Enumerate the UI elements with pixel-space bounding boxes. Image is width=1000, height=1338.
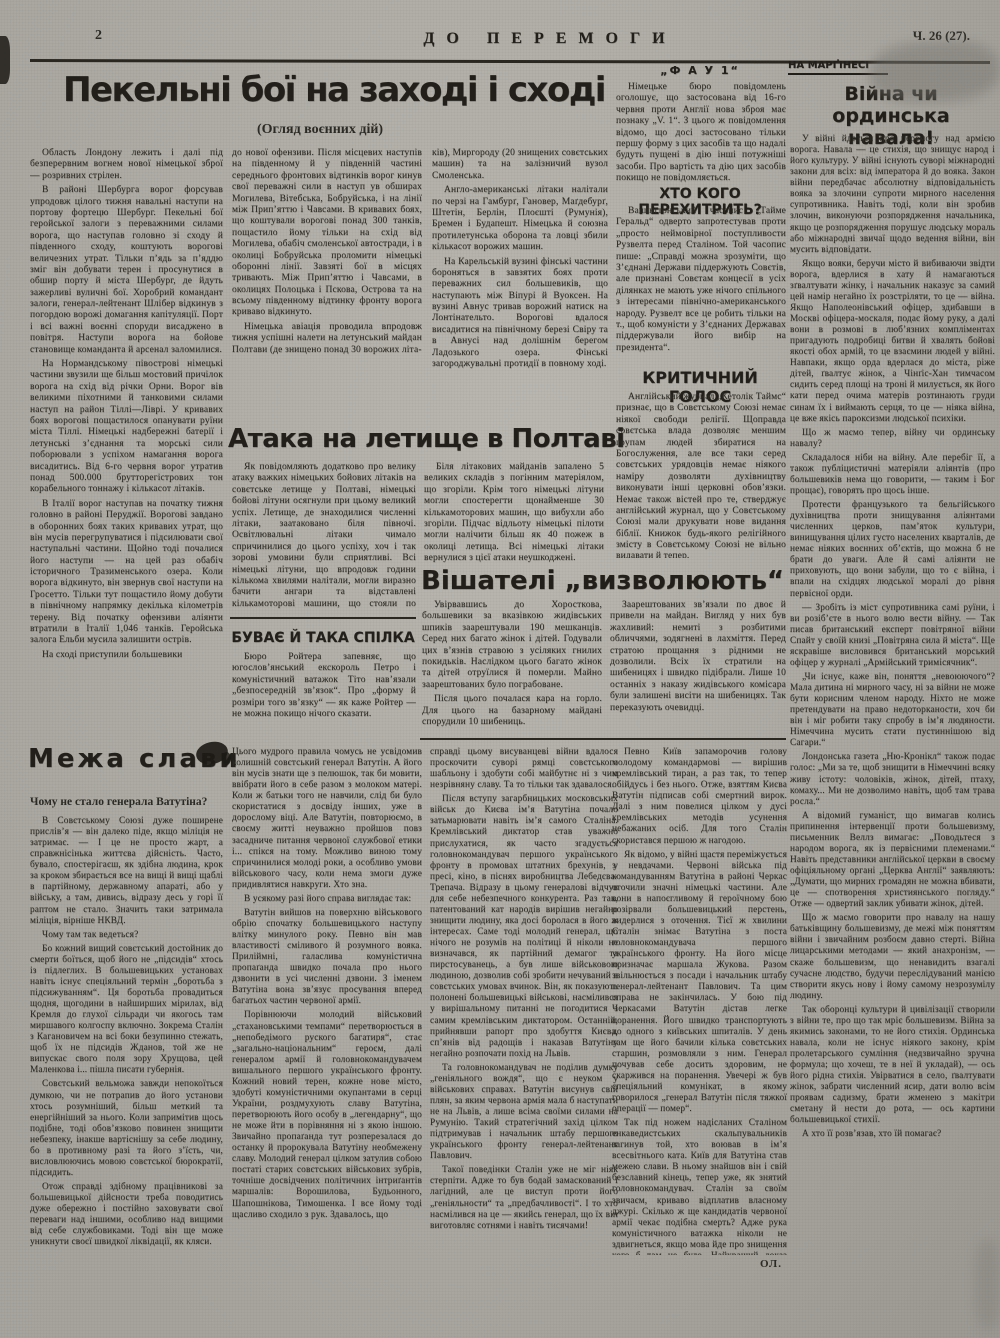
paragraph: На Карельській вузині фінські частини бо…: [432, 257, 608, 371]
masthead: ДО ПЕРЕМОГИ: [330, 30, 770, 48]
paragraph: до нової офензиви. Після місцевих наступ…: [232, 148, 422, 319]
paragraph: справді цьому висуванцеві війни вдалося …: [430, 747, 618, 791]
mezha-column-1: В Совєтському Союзі дуже поширене прислі…: [30, 816, 223, 1334]
fau-section2-text: Англійський журнал „Кетолік Таймс“ призн…: [616, 392, 786, 558]
mezha-title: Межа слави: [28, 744, 224, 774]
paragraph: Після вступу загарбницьких московських в…: [430, 794, 618, 1060]
fau-headline: „Ф А У 1“: [614, 64, 786, 77]
paragraph: Область Лондону лежить і далі під безпер…: [30, 148, 223, 182]
mezha-signature: ОЛ.: [612, 1258, 782, 1270]
fau-section1-text: Вашінґтонський часопис „Тайме Геральд“ о…: [616, 206, 786, 366]
paragraph: Вашінґтонський часопис „Тайме Геральд“ о…: [616, 206, 786, 354]
paragraph: Протести французького та бельгійського д…: [790, 500, 995, 600]
paragraph: Увірвавшись до Хоросткова, большевики за…: [422, 600, 602, 691]
paragraph: Німецька авіація проводила впродовж тижн…: [232, 322, 422, 356]
lead-subhead: (Огляд воєнних дій): [30, 122, 610, 138]
vishateli-bottom-rule: [420, 738, 786, 740]
paragraph: Певно Київ запаморочив голову молодому к…: [612, 747, 787, 847]
paragraph: В районі Шербурга ворог форсував упродов…: [30, 185, 223, 356]
paragraph: Ватутін вийшов на поверхню військового о…: [232, 908, 422, 1008]
vishateli-column-2: Заарештованих зв’язали по двоє й привели…: [610, 600, 786, 736]
lead-column-2: до нової офензиви. Після місцевих наступ…: [232, 148, 422, 418]
paragraph: Чому там так ведеться?: [30, 930, 223, 941]
paragraph: Як повідомляють додатково про велику ата…: [232, 462, 416, 610]
paragraph: Цього мудрого правила чомусь не усвідоми…: [232, 747, 422, 891]
paragraph: Бюро Ройтера запевняє, що югослов’янськи…: [232, 652, 416, 720]
paragraph: ків), Миргороду (20 знищених совєтських …: [432, 148, 608, 182]
paragraph: В Совєтському Союзі дуже поширене прислі…: [30, 816, 223, 927]
paragraph: А хто її розв’язав, хто їй помагає?: [790, 1129, 995, 1140]
paragraph: Так оборонці культури й цивілізації ство…: [790, 1005, 995, 1127]
vishateli-column-1: Увірвавшись до Хоросткова, большевики за…: [422, 600, 602, 736]
paragraph: „Чи існує, каже він, поняття „невоюючого…: [790, 672, 995, 749]
paragraph: В усякому разі його справа виглядає так:: [232, 894, 422, 905]
paragraph: Що ж маємо тепер, війну чи ординську нав…: [790, 428, 995, 450]
mezha-column-2: Цього мудрого правила чомусь не усвідоми…: [232, 747, 422, 1335]
paragraph: Англійський журнал „Кетолік Таймс“ призн…: [616, 392, 786, 558]
paragraph: Англо-американські літаки налітали по че…: [432, 185, 608, 253]
paragraph: Після цього почалася кара на горло. Для …: [422, 694, 602, 728]
paragraph: Бо кожний вищий совєтський достойник до …: [30, 944, 223, 1077]
margin-text: У війні йдеться про перемогу над армією …: [790, 134, 995, 1332]
poltava-headline: Атака на летище в Полтаві: [228, 424, 608, 454]
paragraph: Біля літакових майданів запалено 5 велик…: [424, 462, 604, 565]
fau-text: Німецьке бюро повідомлень оголошує, що з…: [616, 82, 786, 184]
paragraph: На Нормандському півострові німецькі час…: [30, 359, 223, 496]
ink-blot-small: [222, 752, 231, 765]
paragraph: У війні йдеться про перемогу над армією …: [790, 134, 995, 256]
paragraph: Німецьке бюро повідомлень оголошує, що з…: [616, 82, 786, 184]
paragraph: Та головнокомандувач не поділив думку „г…: [430, 1063, 618, 1163]
vishateli-headline: Вішателі „визволюють“: [420, 566, 785, 596]
paragraph: А відомий гуманіст, що вимагав колись пр…: [790, 811, 995, 911]
paragraph: Складалося ніби на війну. Але перебіг її…: [790, 453, 995, 497]
paragraph: Що ж маємо говорити про навалу на нашу б…: [790, 913, 995, 1002]
spilka-top-rule: [230, 617, 416, 619]
lead-column-1: Область Лондону лежить і далі під безпер…: [30, 148, 223, 744]
spilka-headline: БУВАЄ Й ТАКА СПІЛКА: [230, 630, 416, 646]
paragraph: Як відомо, у війні щастя переміжується з…: [612, 850, 787, 1116]
lead-headline: Пекельні бої на заході і сході: [28, 70, 640, 110]
paragraph: На сході приступили большевики: [30, 650, 223, 661]
mezha-column-3: справді цьому висуванцеві війни вдалося …: [430, 747, 618, 1335]
page-number: 2: [95, 28, 102, 44]
mezha-subhead: Чому не стало генерала Ватутіна?: [30, 796, 225, 808]
paragraph: Такої поведінки Сталін уже не міг ніяк с…: [430, 1165, 618, 1231]
paragraph: Совєтський вельможа завжди непокоїться д…: [30, 1079, 223, 1179]
paragraph: — Зробіть із міст супротивника самі руїн…: [790, 603, 995, 669]
paragraph: Лондонська газета „Ню-Кронікл“ також под…: [790, 752, 995, 807]
scan-edge-mark: [0, 36, 10, 84]
paragraph: Так під ножем надісланих Сталіном енкаве…: [612, 1118, 787, 1255]
mezha-column-4: Певно Київ запаморочив голову молодому к…: [612, 747, 787, 1255]
paragraph: В Італії ворог наступав на початку тижня…: [30, 499, 223, 647]
poltava-column-1: Як повідомляють додатково про велику ата…: [232, 462, 416, 610]
newspaper-page: 2 ДО ПЕРЕМОГИ Ч. 26 (27). Пекельні бої н…: [0, 0, 1000, 1338]
scan-artifact-corner: [975, 1240, 1000, 1330]
paragraph: Якщо вояки, беручи місто й вибиваючи зві…: [790, 259, 995, 425]
paragraph: Заарештованих зв’язали по двоє й привели…: [610, 600, 786, 714]
paragraph: Порівнюючи молодий військовий „стахановс…: [232, 1010, 422, 1220]
spilka-text: Бюро Ройтера запевняє, що югослов’янськи…: [232, 652, 416, 744]
lead-column-3: ків), Миргороду (20 знищених совєтських …: [432, 148, 608, 418]
poltava-column-2: Біля літакових майданів запалено 5 велик…: [424, 462, 604, 582]
paragraph: Отож справді здібному працівникові за бо…: [30, 1182, 223, 1248]
